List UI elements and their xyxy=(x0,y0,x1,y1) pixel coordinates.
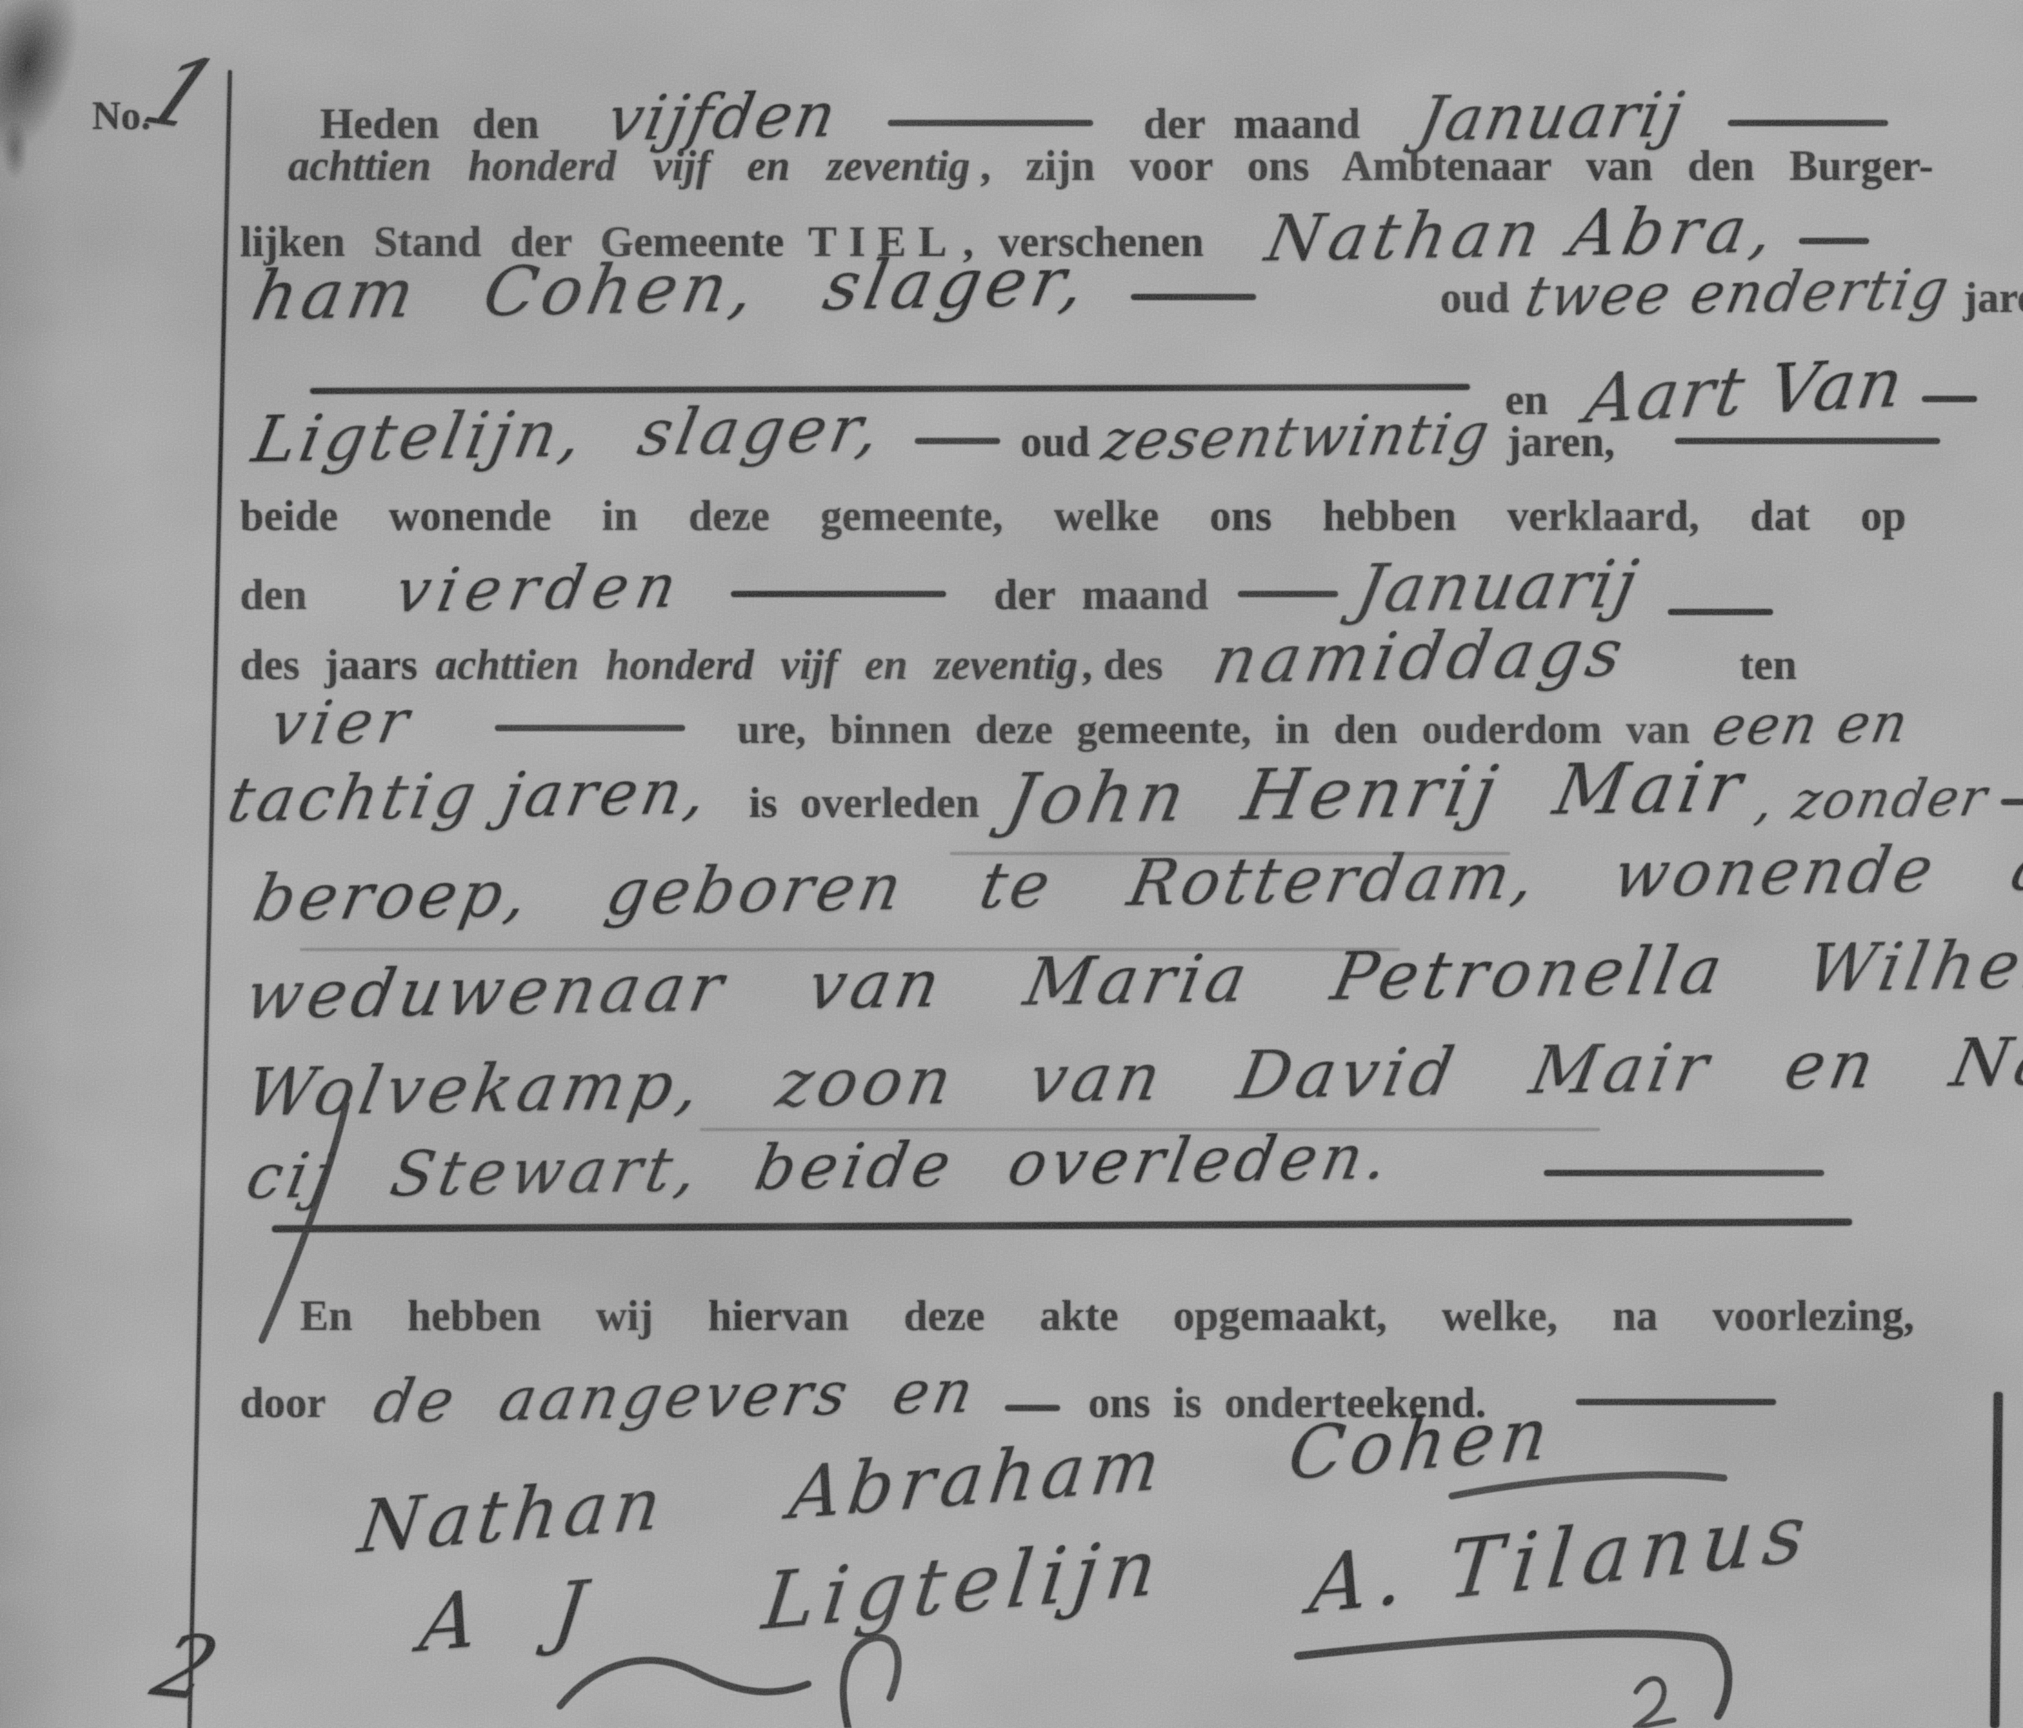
entry-age-part2: tachtig jaren, xyxy=(222,755,717,836)
fill-line xyxy=(2001,799,2023,805)
form-text: des jaars xyxy=(240,642,418,689)
form-text: oud xyxy=(1020,419,1089,466)
fill-line xyxy=(1005,1405,1060,1411)
partial-signature-flourish xyxy=(560,1660,808,1706)
entry-birthplace-residence: beroep, geboren te Rotterdam, wonende al… xyxy=(247,828,2023,937)
body-line-7: beide wonende in deze gemeente, welke on… xyxy=(240,492,1906,541)
death-certificate-scan: No. 1 Heden den vijfden der maand Januar… xyxy=(0,0,2023,1728)
body-line-8: den vierden der maand Januarij xyxy=(240,548,1773,625)
body-line-15: cij Stewart, beide overleden. xyxy=(250,1130,1824,1203)
fill-line xyxy=(888,120,1093,126)
form-text: En hebben wij hiervan deze akte opgemaak… xyxy=(300,1293,1914,1340)
entry-declarant2-name-part2: Ligtelijn, slager, xyxy=(247,393,890,478)
small-margin-mark xyxy=(1634,1679,1674,1728)
fill-line xyxy=(1668,609,1773,615)
entry-declarant1-name-part2: ham Cohen, slager, xyxy=(246,243,1096,337)
fill-line xyxy=(1799,238,1869,244)
body-line-12: beroep, geboren te Rotterdam, wonende al… xyxy=(258,845,2023,919)
fill-line xyxy=(1238,591,1338,597)
body-line-11: tachtig jaren, is overleden John Henrij … xyxy=(230,752,2023,834)
blank-fill-rule xyxy=(310,384,1470,394)
form-text-year: achttien honderd vijf en zeventig xyxy=(288,143,970,190)
entry-hour: vier xyxy=(265,687,420,759)
faint-baseline xyxy=(300,948,1400,951)
fill-line xyxy=(1576,1399,1776,1405)
form-text: , des xyxy=(1082,642,1163,689)
fill-line xyxy=(731,591,946,597)
form-text: den xyxy=(240,572,307,619)
entry-declarant2-age: zesentwintig xyxy=(1097,402,1496,474)
registrar-underline-stroke xyxy=(1298,1634,1728,1716)
body-line-4: ham Cohen, slager, oud twee endertig jar… xyxy=(255,250,2023,329)
entry-parents-part1: Wolvekamp, zoon van David Mair en Nan, xyxy=(239,1022,2023,1132)
entry-declarant1-age: twee endertig xyxy=(1520,257,1956,329)
fill-line xyxy=(1131,294,1256,300)
form-text: Heden den xyxy=(320,101,539,148)
signature-registrar: A. Tilanus xyxy=(1307,1490,1818,1627)
partial-signature-flourish xyxy=(843,1638,898,1728)
page-edge-line xyxy=(1990,1392,2003,1728)
signature-initials: A J xyxy=(415,1563,617,1671)
next-record-number: 2 xyxy=(158,1618,215,1718)
form-text: ure, binnen deze gemeente, in den ouderd… xyxy=(737,706,1690,752)
body-line-16: En hebben wij hiervan deze akte opgemaak… xyxy=(300,1292,1914,1341)
body-line-13: weduwenaar van Maria Petronella Wilhelmi… xyxy=(250,940,2023,1017)
form-text: beide wonende in deze gemeente, welke on… xyxy=(240,493,1906,540)
fill-line xyxy=(1544,1170,1824,1176)
body-line-6: Ligtelijn, slager, oud zesentwintig jare… xyxy=(255,398,1940,472)
entry-time-of-day: namiddags xyxy=(1207,614,1634,698)
fill-line xyxy=(915,438,1000,444)
form-text: door xyxy=(240,1380,326,1427)
body-line-9: des jaars achttien honderd vijf en zeven… xyxy=(240,618,1797,695)
entry-death-day: vierden xyxy=(390,552,691,627)
signature-surname: Ligtelijn xyxy=(758,1522,1170,1648)
next-record-number-value: 2 xyxy=(140,1615,234,1720)
form-text: jaren, xyxy=(1963,275,2023,322)
faint-baseline xyxy=(950,852,1510,855)
form-text: ten xyxy=(1739,642,1796,689)
body-line-2: achttien honderd vijf en zeventig , zijn… xyxy=(288,142,1933,191)
form-text: is overleden xyxy=(749,780,980,827)
entry-occupation-part1: , zonder xyxy=(1750,768,1993,832)
entry-widower-of: weduwenaar van Maria Petronella Wilhelmi… xyxy=(239,923,2023,1035)
form-text: der maand xyxy=(994,572,1209,619)
record-number: 1 xyxy=(152,40,213,147)
margin-rule xyxy=(187,70,232,1728)
form-text: , zijn voor ons Ambtenaar van den Burger… xyxy=(980,143,1933,190)
form-text: der maand xyxy=(1143,101,1360,148)
form-text-year: achttien honderd vijf en zeventig xyxy=(436,642,1078,689)
fill-line xyxy=(1675,438,1940,444)
signature-text: A. Tilanus xyxy=(1305,1485,1819,1632)
body-line-14: Wolvekamp, zoon van David Mair en Nan, xyxy=(250,1038,2023,1115)
faint-baseline xyxy=(700,1128,1600,1131)
form-text: oud xyxy=(1440,275,1509,322)
entry-parents-part2: cij Stewart, beide overleden. xyxy=(241,1120,1399,1213)
entry-signed-by: de aangevers en xyxy=(368,1357,983,1437)
fill-line xyxy=(495,725,685,731)
fill-line xyxy=(1728,120,1888,126)
closing-rule xyxy=(272,1219,1852,1233)
form-text: jaren, xyxy=(1507,419,1615,466)
entry-deceased-name: John Henrij Mair xyxy=(1000,746,1754,841)
